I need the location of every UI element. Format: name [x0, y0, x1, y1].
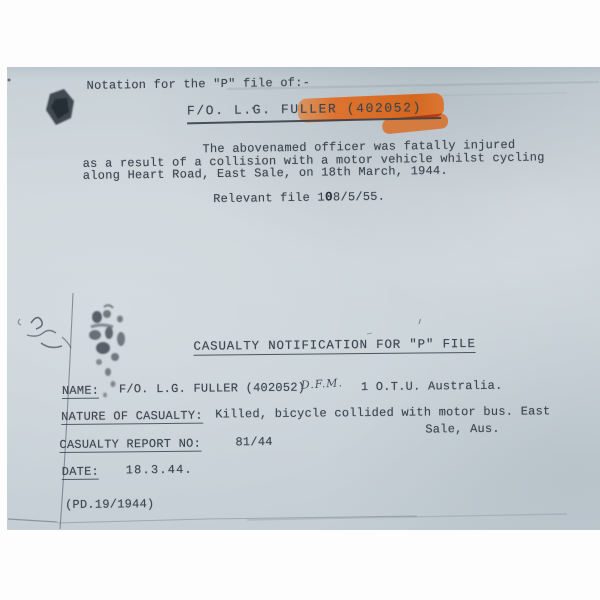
form-label-date: DATE: [62, 465, 99, 480]
section-heading: CASUALTY NOTIFICATION FOR "P" FILE [193, 337, 475, 356]
form-value-unit: 1 O.T.U. Australia. [361, 379, 503, 394]
handwritten-annotation: D.F.M. [301, 376, 344, 392]
casualty-form-block: CASUALTY NOTIFICATION FOR "P" FILE NAME:… [7, 67, 600, 530]
document-photo: Notation for the "P" file of:- F/O. L.G.… [7, 67, 600, 530]
footer-reference: (PD.19/1944) [65, 497, 155, 512]
form-label-name: NAME: [62, 384, 99, 399]
form-value-nature-1: Killed, bicycle collided with motor bus.… [215, 404, 550, 421]
form-value-date: 18.3.44. [126, 463, 193, 478]
form-label-report: CASUALTY REPORT NO: [59, 437, 201, 453]
form-value-report: 81/44 [235, 435, 272, 449]
form-value-name: F/O. L.G. FULLER (402052) [119, 381, 305, 397]
form-value-nature-2: Sale, Aus. [425, 422, 500, 437]
form-label-nature: NATURE OF CASUALTY: [61, 409, 203, 425]
scanned-document-page: Notation for the "P" file of:- F/O. L.G.… [0, 0, 600, 600]
